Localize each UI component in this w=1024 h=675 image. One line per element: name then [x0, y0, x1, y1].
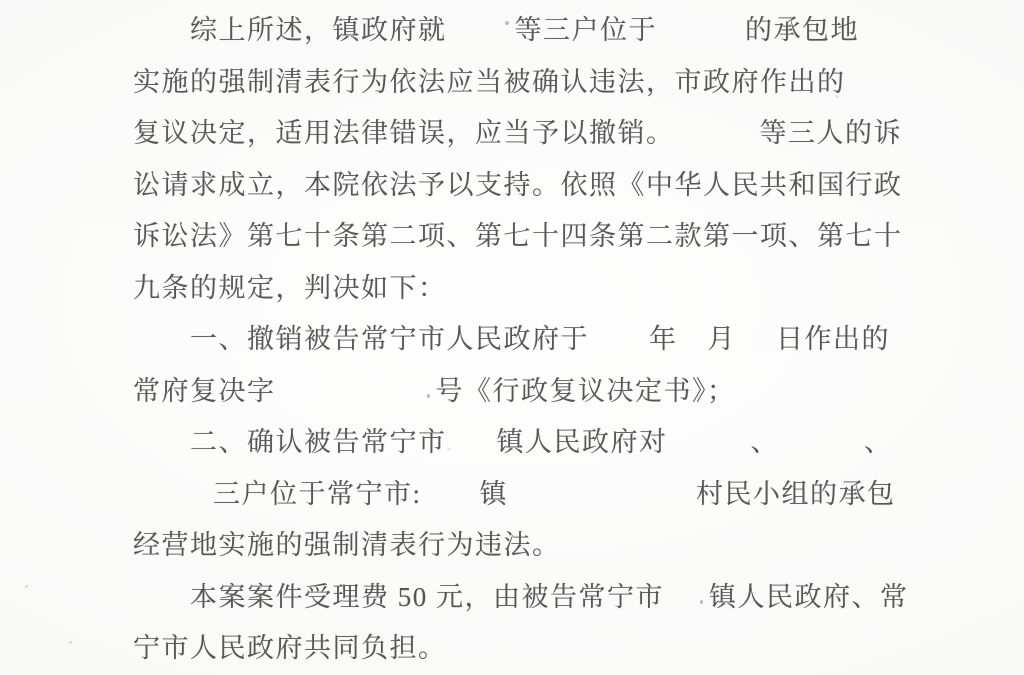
redaction-gap — [422, 502, 480, 503]
judgment-line: 本案案件受理费 50 元，由被告常宁市镇人民政府、常 — [133, 572, 1004, 624]
text-segment: 讼请求成立，本院依法予以支持。依照《中华人民共和国行政 — [133, 160, 903, 212]
scanned-judgment-page: 综上所述，镇政府就等三户位于的承包地实施的强制清表行为依法应当被确认违法，市政府… — [0, 0, 1024, 675]
text-segment: 镇人民政府对 — [497, 417, 668, 469]
redaction-gap — [447, 450, 497, 451]
text-segment: 、 — [864, 417, 893, 469]
text-segment: 本案案件受理费 50 元，由被告常宁市 — [190, 572, 664, 624]
redaction-gap — [664, 605, 709, 606]
judgment-line: 宁市人民政府共同负担。 — [133, 623, 1004, 675]
scan-speck — [25, 585, 28, 588]
judgment-line: 复议决定，适用法律错误，应当予以撤销。等三人的诉 — [133, 108, 1004, 160]
text-segment: 村民小组的承包 — [696, 469, 896, 521]
judgment-line: 经营地实施的强制清表行为违法。 — [133, 520, 1004, 572]
redaction-gap — [657, 38, 745, 39]
text-segment: 复议决定，适用法律错误，应当予以撤销。 — [133, 108, 675, 160]
text-segment: 三户位于常宁市: — [213, 469, 422, 521]
redaction-gap — [736, 347, 776, 348]
judgment-line: 综上所述，镇政府就等三户位于的承包地 — [133, 5, 1004, 57]
text-segment: 的承包地 — [745, 5, 859, 57]
redaction-gap — [447, 38, 515, 39]
judgment-line: 常府复决字号《行政复议决定书》； — [133, 366, 1004, 418]
text-segment: 、 — [751, 417, 780, 469]
redaction-gap — [675, 141, 760, 142]
judgment-line: 九条的规定，判决如下： — [133, 263, 1004, 315]
judgment-text-body: 综上所述，镇政府就等三户位于的承包地实施的强制清表行为依法应当被确认违法，市政府… — [133, 5, 1004, 675]
text-segment: 镇 — [480, 469, 509, 521]
redaction-gap — [779, 450, 864, 451]
text-segment: 二、确认被告常宁市 — [190, 417, 447, 469]
judgment-line: 二、确认被告常宁市镇人民政府对、、 — [133, 417, 1004, 469]
text-segment: 月 — [708, 314, 737, 366]
text-segment: 经营地实施的强制清表行为违法。 — [133, 520, 561, 572]
text-segment: 等三人的诉 — [760, 108, 903, 160]
text-segment: 年 — [649, 314, 678, 366]
text-segment: 实施的强制清表行为依法应当被确认违法，市政府作出的 — [133, 57, 846, 109]
text-segment: 九条的规定，判决如下： — [133, 263, 447, 315]
text-segment: 综上所述，镇政府就 — [190, 5, 447, 57]
judgment-line: 三户位于常宁市:镇村民小组的承包 — [133, 469, 1004, 521]
redaction-gap — [508, 502, 696, 503]
scan-speck — [69, 641, 72, 644]
text-segment: 一、撤销被告常宁市人民政府于 — [190, 314, 589, 366]
redaction-gap — [589, 347, 649, 348]
scan-speck — [447, 448, 451, 451]
text-segment: 镇人民政府、常 — [709, 572, 909, 624]
judgment-line: 讼请求成立，本院依法予以支持。依照《中华人民共和国行政 — [133, 160, 1004, 212]
text-segment: 宁市人民政府共同负担。 — [133, 623, 447, 675]
judgment-line: 诉讼法》第七十条第二项、第七十四条第二款第一项、第七十 — [133, 211, 1004, 263]
scan-dot-artifact — [505, 21, 509, 25]
judgment-line: 一、撤销被告常宁市人民政府于年月日作出的 — [133, 314, 1004, 366]
redaction-gap — [668, 450, 751, 451]
scan-dot-artifact — [700, 600, 703, 604]
redaction-gap — [678, 347, 708, 348]
scan-dot-artifact — [427, 394, 430, 398]
text-segment: 诉讼法》第七十条第二项、第七十四条第二款第一项、第七十 — [133, 211, 903, 263]
text-segment: 常府复决字 — [133, 366, 276, 418]
text-segment: 日作出的 — [776, 314, 890, 366]
scan-speck — [835, 95, 839, 98]
redaction-gap — [276, 399, 436, 400]
text-segment: 等三户位于 — [515, 5, 658, 57]
text-segment: 号《行政复议决定书》； — [436, 366, 736, 418]
judgment-line: 实施的强制清表行为依法应当被确认违法，市政府作出的 — [133, 57, 1004, 109]
